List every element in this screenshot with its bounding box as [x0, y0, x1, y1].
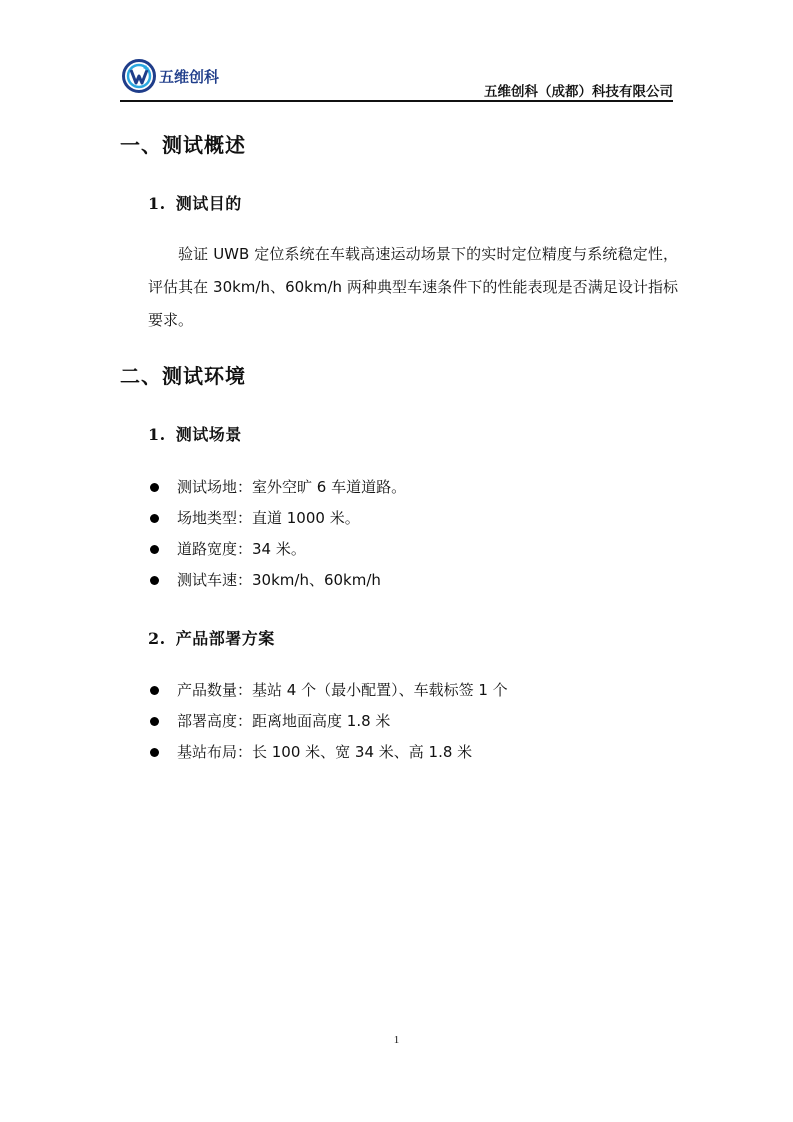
bullet-icon: [150, 545, 159, 554]
subsection-title: 测试场景: [176, 425, 242, 444]
scenario-list: 测试场地：室外空旷 6 车道道路。 场地类型：直道 1000 米。 道路宽度：3…: [148, 472, 406, 596]
bullet-icon: [150, 686, 159, 695]
bullet-icon: [150, 483, 159, 492]
company-name: 五维创科（成都）科技有限公司: [484, 80, 673, 100]
list-item: 测试场地：室外空旷 6 车道道路。: [148, 472, 406, 503]
section-heading-environment: 二、测试环境: [120, 360, 246, 389]
subsection-title: 测试目的: [176, 194, 242, 213]
purpose-paragraph: 验证 UWB 定位系统在车载高速运动场景下的实时定位精度与系统稳定性，评估其在 …: [148, 238, 678, 337]
list-item: 测试车速：30km/h、60km/h: [148, 565, 406, 596]
list-item-text: 基站布局：长 100 米、宽 34 米、高 1.8 米: [177, 737, 472, 768]
list-item-text: 测试车速：30km/h、60km/h: [177, 565, 381, 596]
list-item: 道路宽度：34 米。: [148, 534, 406, 565]
bullet-icon: [150, 717, 159, 726]
bullet-icon: [150, 576, 159, 585]
subsection-number: 2.: [148, 629, 166, 648]
list-item: 场地类型：直道 1000 米。: [148, 503, 406, 534]
list-item: 部署高度：距离地面高度 1.8 米: [148, 706, 508, 737]
logo-text: 五维创科: [159, 66, 219, 87]
subsection-number: 1.: [148, 194, 166, 213]
subsection-heading-deployment: 2.产品部署方案: [148, 626, 275, 649]
list-item: 产品数量：基站 4 个（最小配置）、车载标签 1 个: [148, 675, 508, 706]
deployment-list: 产品数量：基站 4 个（最小配置）、车载标签 1 个 部署高度：距离地面高度 1…: [148, 675, 508, 768]
section-heading-overview: 一、测试概述: [120, 129, 246, 158]
list-item-text: 部署高度：距离地面高度 1.8 米: [177, 706, 390, 737]
subsection-number: 1.: [148, 425, 166, 444]
company-logo: 五维创科: [122, 59, 219, 93]
list-item: 基站布局：长 100 米、宽 34 米、高 1.8 米: [148, 737, 508, 768]
subsection-heading-scenario: 1.测试场景: [148, 422, 242, 445]
bullet-icon: [150, 748, 159, 757]
list-item-text: 产品数量：基站 4 个（最小配置）、车载标签 1 个: [177, 675, 508, 706]
list-item-text: 道路宽度：34 米。: [177, 534, 306, 565]
logo-icon: [122, 59, 156, 93]
bullet-icon: [150, 514, 159, 523]
list-item-text: 场地类型：直道 1000 米。: [177, 503, 360, 534]
subsection-title: 产品部署方案: [176, 629, 275, 648]
list-item-text: 测试场地：室外空旷 6 车道道路。: [177, 472, 406, 503]
header-divider: [120, 100, 673, 102]
page-number: 1: [0, 1034, 793, 1046]
page-header: 五维创科 五维创科（成都）科技有限公司: [120, 56, 673, 102]
subsection-heading-purpose: 1.测试目的: [148, 191, 242, 214]
